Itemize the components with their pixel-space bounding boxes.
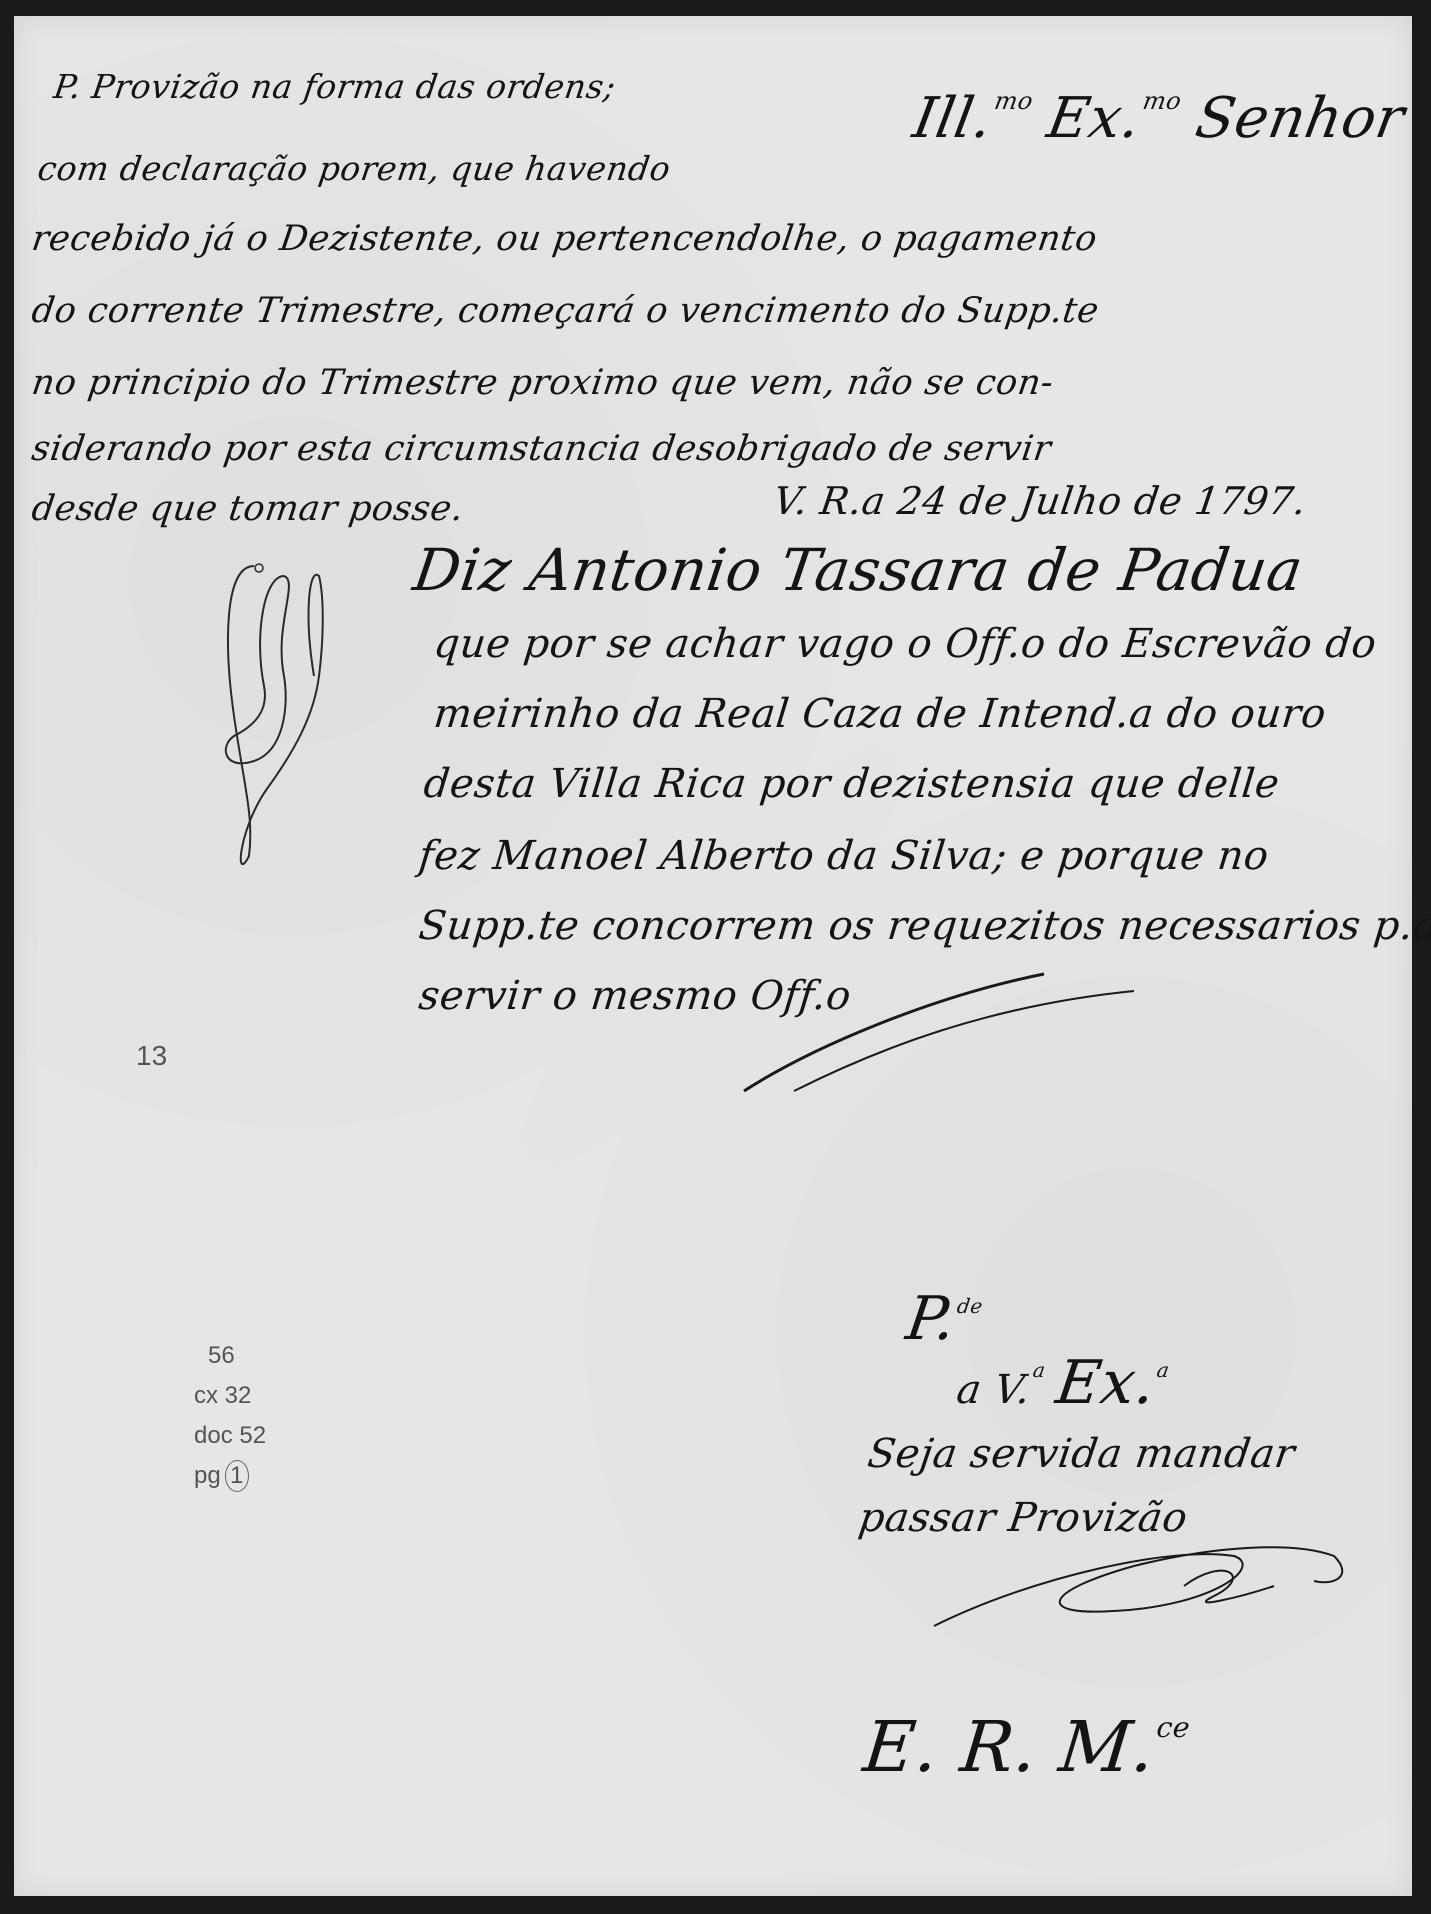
petition-line-3: desta Villa Rica por dezistensia que del… [421, 754, 1283, 814]
salutation-exmo: Ex.mo [1043, 86, 1184, 151]
archive-line-1: 56 [208, 1336, 266, 1376]
archive-annotations: 56 cx 32 doc 52 pg1 [194, 1336, 266, 1496]
archive-line-3: doc 52 [194, 1416, 266, 1456]
line-flourish-icon [734, 966, 1154, 1096]
rubric-signature-icon [214, 556, 334, 876]
despacho-line-7: desde que tomar posse. [29, 486, 467, 532]
final-formula: E. R. M.ce [860, 1706, 1193, 1788]
salutation-senhor: Senhor [1191, 86, 1410, 151]
closing-block: P.de a V.a Ex.a Seja servida mandar pass… [875, 1274, 1320, 1550]
closing-line-2: a V.a Ex.a [953, 1338, 1311, 1422]
despacho-date: V. R.a 24 de Julho de 1797. [771, 478, 1310, 524]
closing-line-3: Seja servida mandar [864, 1422, 1300, 1486]
petition-opening: Diz Antonio Tassara de Padua [409, 536, 1307, 604]
despacho-line-1: P. Provizão na forma das ordens; [51, 64, 619, 110]
closing-flourish-icon [914, 1536, 1354, 1636]
despacho-line-5: no principio do Trimestre proximo que ve… [29, 360, 1057, 406]
salutation: Ill.mo Ex.mo Senhor [908, 86, 1409, 151]
petition-line-1: que por se achar vago o Off.o do Escrevã… [431, 614, 1380, 674]
despacho-line-2: com declaração porem, que havendo [35, 146, 674, 192]
folio-number: 13 [136, 1036, 167, 1076]
despacho-line-4: do corrente Trimestre, começará o vencim… [29, 288, 1102, 334]
archive-line-2: cx 32 [194, 1376, 266, 1416]
petition-line-5: Supp.te concorrem os requezitos necessar… [416, 896, 1431, 956]
petition-line-2: meirinho da Real Caza de Intend.a do our… [431, 684, 1329, 744]
salutation-illmo: Ill.mo [908, 86, 1035, 151]
archive-line-4: pg1 [194, 1456, 266, 1496]
petition-line-4: fez Manoel Alberto da Silva; e porque no [416, 826, 1272, 886]
manuscript-page: P. Provizão na forma das ordens; com dec… [14, 16, 1412, 1896]
despacho-line-6: siderando por esta circumstancia desobri… [29, 426, 1054, 472]
despacho-line-3: recebido já o Dezistente, ou pertencendo… [29, 216, 1100, 262]
circled-number: 1 [225, 1460, 249, 1492]
